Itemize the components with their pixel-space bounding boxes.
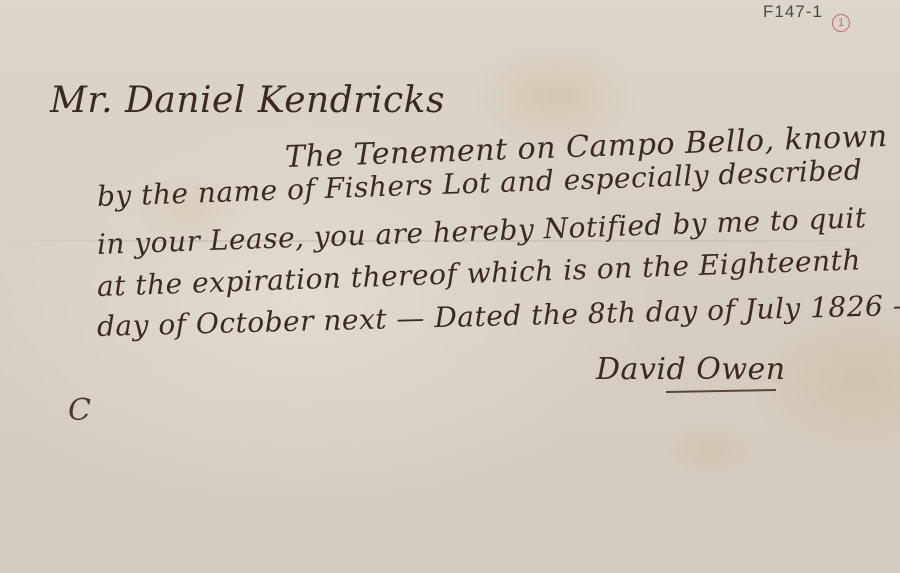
salutation: Mr. Daniel Kendricks [50,80,445,121]
page-number-circle: 1 [832,14,850,32]
signature: David Owen [596,352,786,387]
archive-id-annotation: F147-1 [763,2,823,22]
margin-mark: C [68,393,91,428]
